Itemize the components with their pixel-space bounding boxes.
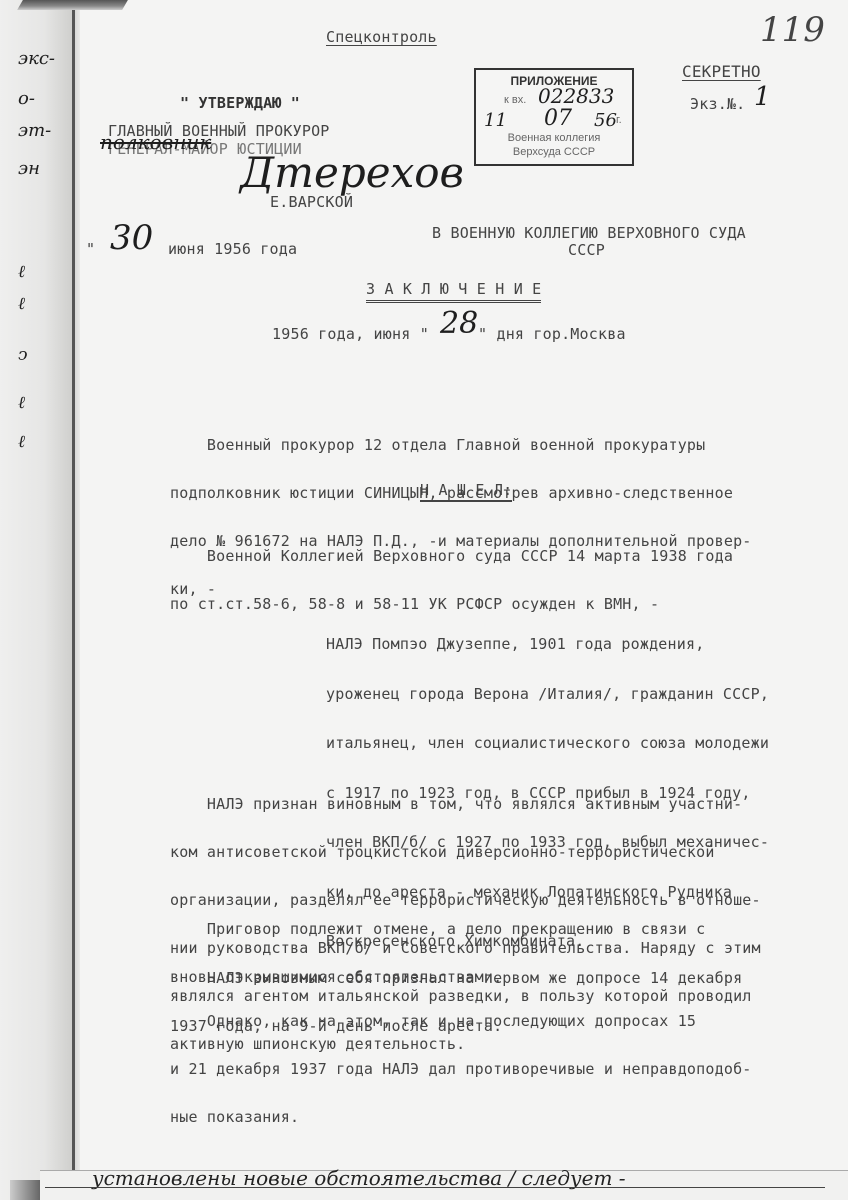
binder-edge-line [72,10,75,1200]
text-line: НАЛЭ Помпэо Джузеппе, 1901 года рождения… [326,636,769,653]
contradiction-paragraph: Однако, как на этом, так и на последующи… [170,981,830,1141]
binder-margin [0,0,80,1200]
stamp-prefix: к вх. [504,94,526,106]
text-line: Военной Коллегией Верховного суда СССР 1… [170,548,830,564]
binder-clip [17,0,128,10]
margin-note: эн [18,158,40,179]
text-line: Военный прокурор 12 отдела Главной военн… [170,437,830,453]
margin-glyph: ↄ [18,345,28,365]
stamp-number: 022833 [538,84,614,108]
stamp-year: 56 [594,110,617,131]
approval-date-day: 30 [110,218,153,258]
stamp-day: 11 [484,110,507,131]
date-line-day: 28 [440,306,478,341]
stamp-year-suffix: г. [616,114,622,126]
registration-stamp: ПРИЛОЖЕНИЕ к вх. 022833 11 07 56 г. Воен… [474,68,634,166]
stamp-line1: Военная коллегия [476,132,632,144]
stamp-line2: Верхсуда СССР [476,146,632,158]
text-line: Приговор подлежит отмене, а дело прекращ… [170,921,830,937]
addressee-line1: В ВОЕННУЮ КОЛЛЕГИЮ ВЕРХОВНОГО СУДА [432,224,746,242]
text-line: Однако, как на этом, так и на последующи… [170,1013,830,1029]
approval-date-quote: " [86,240,95,258]
text-line: и 21 декабря 1937 года НАЛЭ дал противор… [170,1061,830,1077]
approval-date-rest: июня 1956 года [168,240,297,258]
secret-label: СЕКРЕТНО [682,62,761,81]
addressee-line2: СССР [568,241,605,259]
spetskontrol-label: Спецконтроль [326,28,437,46]
date-line-before: 1956 года, июня " [272,325,429,343]
text-line: ные показания. [170,1109,830,1125]
copy-number: 1 [754,82,771,112]
signature: Дтерехов [240,148,464,197]
document-title: З А К Л Ю Ч Е Н И Е [366,280,541,303]
margin-note: эт- [18,120,51,141]
text-line: НАЛЭ признан виновным в том, что являлся… [170,796,830,812]
margin-note: экс- [18,48,55,69]
copy-label: Экз.№. [690,95,745,113]
text-line: итальянец, член социалистического союза … [326,735,769,752]
bottom-rule [45,1187,825,1188]
page-number: 119 [760,10,825,50]
approver-name: Е.ВАРСКОЙ [270,193,353,211]
margin-glyph: ℓ [18,294,25,314]
text-line: ком антисоветской троцкистской диверсион… [170,844,830,860]
margin-glyph: ℓ [18,432,25,452]
stamp-month: 07 [544,106,572,131]
handwritten-rank: полковник [100,130,211,154]
margin-glyph: ℓ [18,262,25,282]
text-line: уроженец города Верона /Италия/, граждан… [326,686,769,703]
date-line-after: " дня гор.Москва [478,325,626,343]
approval-heading: " УТВЕРЖДАЮ " [180,94,300,112]
margin-glyph: ℓ [18,393,25,413]
margin-note: о- [18,88,35,109]
found-heading: Н А Ш Е Л: [420,481,512,502]
